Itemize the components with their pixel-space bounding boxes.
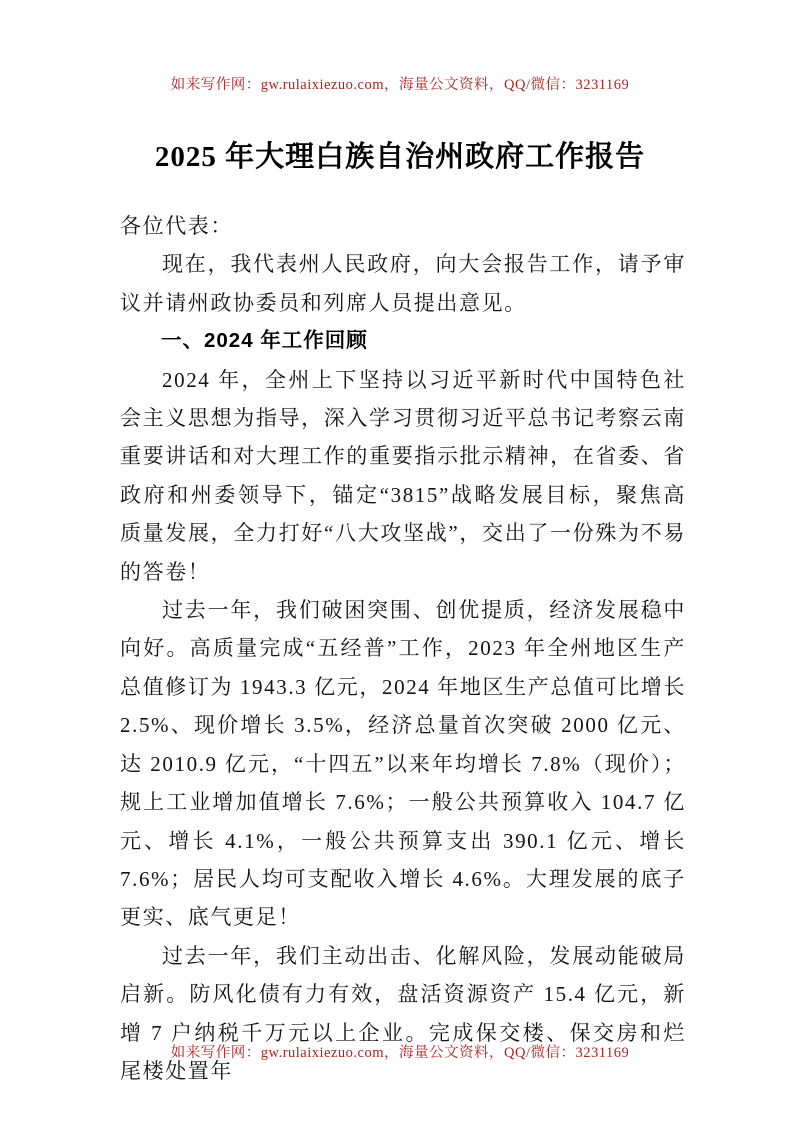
- footer-watermark: 如来写作网：gw.rulaixiezuo.com，海量公文资料，QQ/微信：32…: [0, 1041, 800, 1062]
- section-heading-2024-review: 一、2024 年工作回顾: [120, 322, 686, 360]
- paragraph-risk-resolution: 过去一年，我们主动出击、化解风险，发展动能破局启新。防风化债有力有效，盘活资源资…: [120, 937, 686, 1091]
- salutation-paragraph: 各位代表：: [120, 207, 686, 245]
- intro-paragraph: 现在，我代表州人民政府，向大会报告工作，请予审议并请州政协委员和列席人员提出意见…: [120, 245, 686, 322]
- document-body: 各位代表： 现在，我代表州人民政府，向大会报告工作，请予审议并请州政协委员和列席…: [120, 207, 686, 1090]
- document-page: { "page": { "background": "#ffffff", "wa…: [0, 0, 800, 1131]
- header-watermark: 如来写作网：gw.rulaixiezuo.com，海量公文资料，QQ/微信：32…: [0, 73, 800, 94]
- paragraph-guiding-thought: 2024 年，全州上下坚持以习近平新时代中国特色社会主义思想为指导，深入学习贯彻…: [120, 361, 686, 591]
- page-title: 2025 年大理白族自治州政府工作报告: [0, 134, 800, 175]
- paragraph-economic-results: 过去一年，我们破困突围、创优提质，经济发展稳中向好。高质量完成“五经普”工作，2…: [120, 591, 686, 937]
